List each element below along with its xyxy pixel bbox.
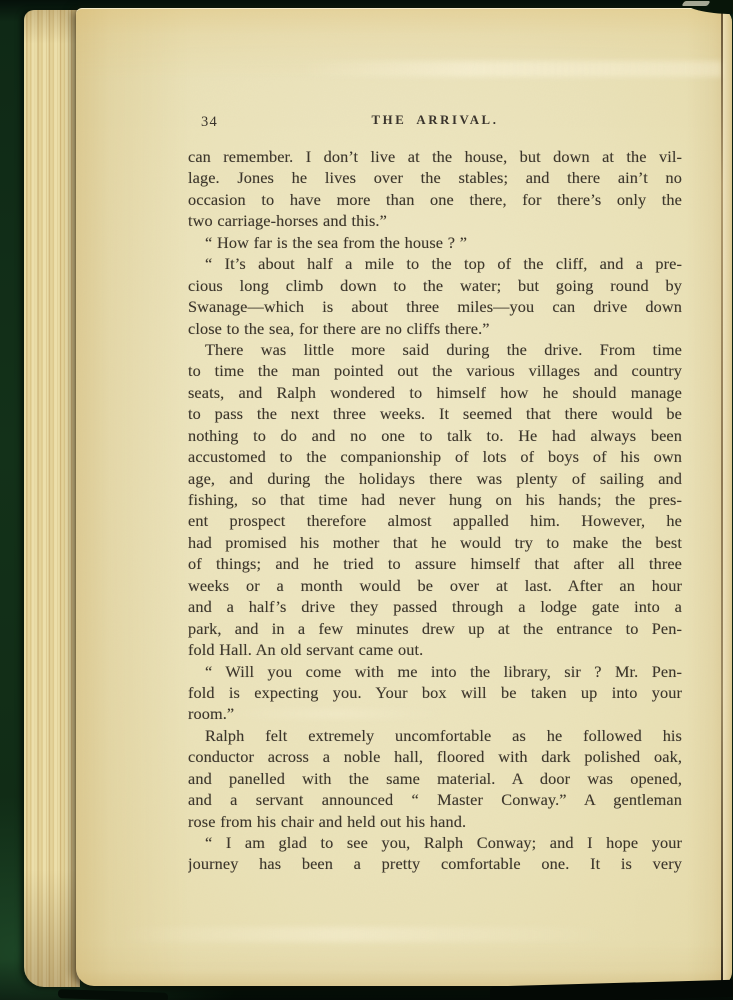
text-line: lage. Jones he lives over the stables; a… [188,167,682,188]
text-line: room.” [188,703,682,724]
page-edge-stack [24,10,80,987]
cover-bottom-shadow [58,989,168,1000]
text-line: and a half’s drive they passed through a… [188,596,682,617]
text-line: to pass the next three weeks. It seemed … [188,403,682,424]
text-line: and a servant announced “ Master Conway.… [188,789,682,810]
text-line: ent prospect therefore almost appalled h… [188,510,682,531]
text-line: to time the man pointed out the various … [188,360,682,381]
text-line: “ I am glad to see you, Ralph Conway; an… [188,832,682,853]
cover-glint [681,1,710,6]
text-line: journey has been a pretty comfortable on… [188,853,682,874]
text-line: two carriage-horses and this.” [188,210,682,231]
text-line: had promised his mother that he would tr… [188,532,682,553]
page-crease [721,9,723,986]
running-header: THE ARRIVAL. [188,113,682,128]
text-line: There was little more said during the dr… [188,339,682,360]
text-line: rose from his chair and held out his han… [188,811,682,832]
scan-streak [116,927,612,942]
text-line: and panelled with the same material. A d… [188,768,682,789]
page-right-edge [723,9,732,986]
text-line: nothing to do and no one to talk to. He … [188,425,682,446]
text-line: Ralph felt extremely uncomfortable as he… [188,725,682,746]
text-line: weeks or a month would be over at last. … [188,575,682,596]
text-line: “ How far is the sea from the house ? ” [188,232,682,253]
text-line: age, and during the holidays there was p… [188,468,682,489]
text-lines: can remember. I don’t live at the house,… [188,146,682,875]
text-line: can remember. I don’t live at the house,… [188,146,682,167]
text-line: accustomed to the companionship of lots … [188,446,682,467]
text-line: close to the sea, for there are no cliff… [188,318,682,339]
page-number: 34 [201,114,218,131]
text-line: Swanage—which is about three miles—you c… [188,296,682,317]
book-photo: { "book_page": { "folio": "34", "running… [0,0,733,1000]
scan-streak [296,61,722,77]
text-line: fishing, so that time had never hung on … [188,489,682,510]
book-page: 34 THE ARRIVAL. can remember. I don’t li… [76,8,732,986]
text-line: cious long climb down to the water; but … [188,275,682,296]
text-line: conductor across a noble hall, floored w… [188,746,682,767]
text-line: of things; and he tried to assure himsel… [188,553,682,574]
text-line: seats, and Ralph wondered to himself how… [188,382,682,403]
text-line: fold Hall. An old servant came out. [188,639,682,660]
text-line: “ It’s about half a mile to the top of t… [188,253,682,274]
page-header: 34 THE ARRIVAL. [188,113,682,133]
text-line: fold is expecting you. Your box will be … [188,682,682,703]
text-line: “ Will you come with me into the library… [188,661,682,682]
text-line: park, and in a few minutes drew up at th… [188,618,682,639]
text-line: occasion to have more than one there, fo… [188,189,682,210]
